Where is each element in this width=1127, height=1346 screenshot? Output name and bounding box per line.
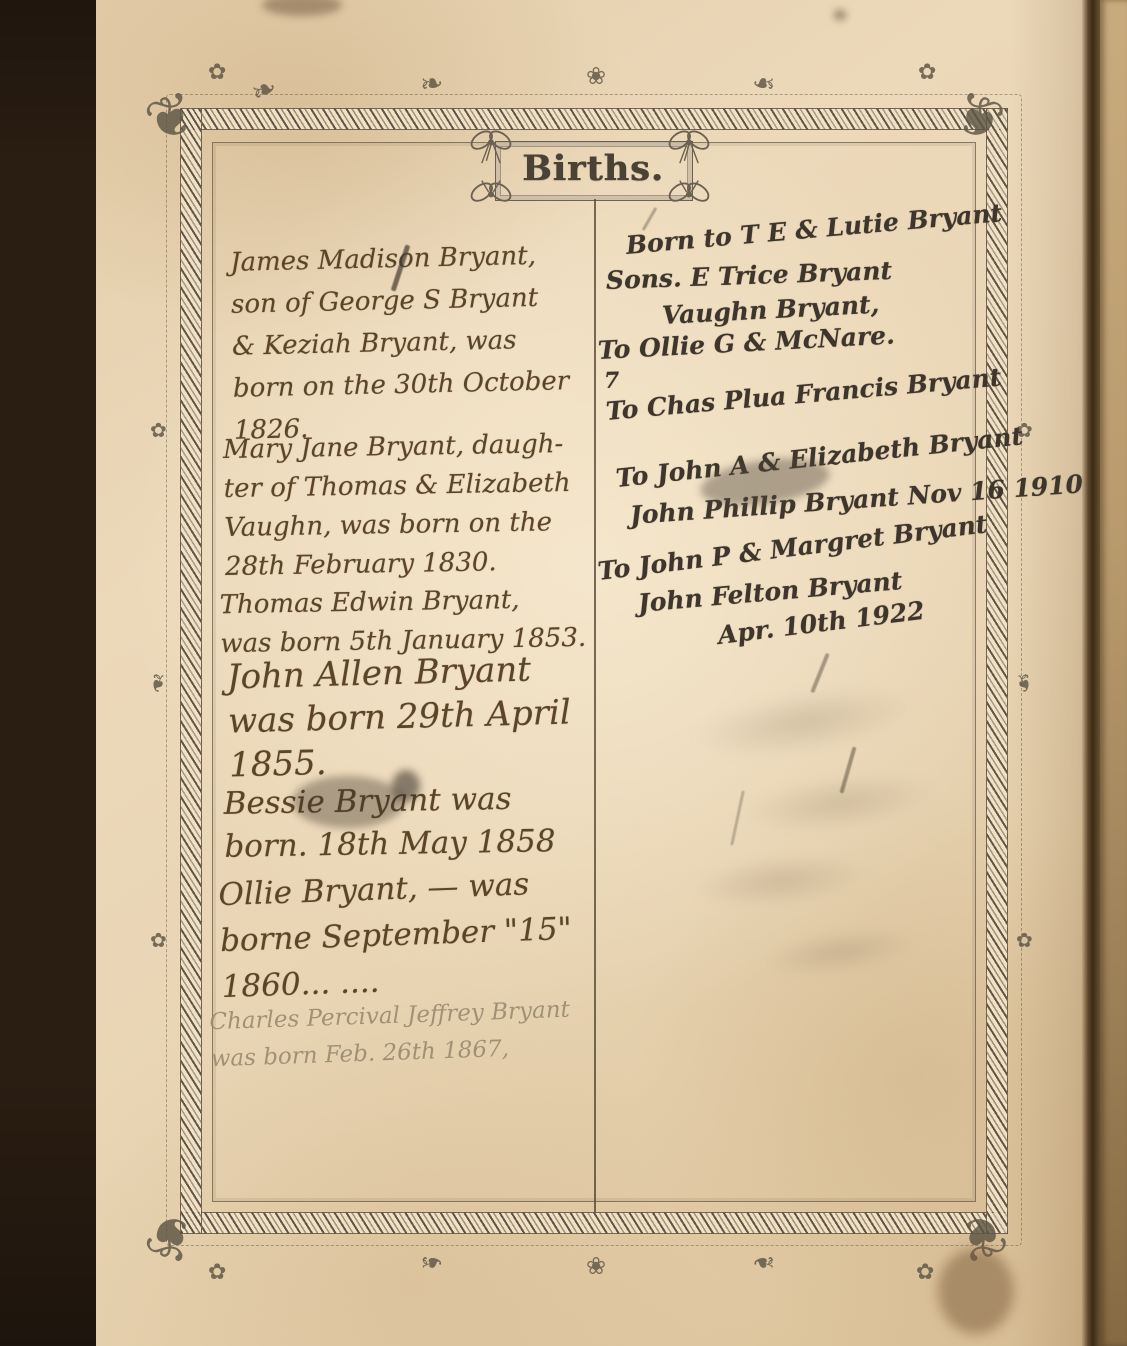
blossom-icon: ❀ — [586, 64, 606, 88]
blossom-icon: ❀ — [586, 1254, 606, 1278]
ribbon-bow-icon — [468, 178, 514, 220]
ribbon-bow-icon — [666, 178, 712, 220]
birth-entry-chas-francis-bryant: To Chas Plua Francis Bryant — [606, 394, 1003, 429]
fox-spot — [834, 10, 846, 20]
floret-icon: ✿ — [150, 930, 167, 950]
page-title: Births. — [495, 148, 691, 189]
border-band-left — [180, 108, 202, 1234]
floret-icon: ✿ — [918, 62, 936, 84]
entry-line: was born 29th April — [227, 691, 571, 744]
border-band-top — [180, 108, 1008, 130]
ribbon-bow-icon — [666, 126, 712, 168]
birth-entry-charles-percival-jeffrey-bryant: Charles Percival Jeffrey Bryant was born… — [209, 992, 572, 1079]
birth-entry-john-a-elizabeth-bryant: To John A & Elizabeth Bryant John Philli… — [604, 460, 1084, 534]
right-page-edge — [1082, 0, 1100, 1346]
floret-icon: ✿ — [150, 420, 167, 440]
leaf-flourish-icon: ❧ — [750, 69, 777, 100]
entry-line: Thomas Edwin Bryant, — [219, 580, 585, 625]
entry-line: Vaughn, was born on the — [224, 503, 572, 548]
leaf-flourish-icon: ❧ — [418, 1247, 445, 1278]
leaf-flourish-icon: ❧ — [1012, 672, 1038, 694]
leaf-flourish-icon: ❧ — [418, 69, 445, 100]
floret-icon: ✿ — [1016, 930, 1033, 950]
entry-line: Mary Jane Bryant, daugh- — [223, 425, 571, 470]
leaf-flourish-icon: ❧ — [144, 672, 170, 694]
entry-line: son of George S Bryant — [231, 276, 568, 326]
birth-entry-ollie-bryant: Ollie Bryant, — was borne September "15"… — [218, 860, 575, 1010]
border-band-bottom — [180, 1212, 1008, 1234]
ink-blot-dark — [392, 770, 420, 802]
floret-icon: ✿ — [208, 1262, 226, 1284]
ink-blot-bessie — [292, 776, 404, 828]
leaf-flourish-icon: ❧ — [750, 1247, 777, 1278]
birth-entry-te-lutie-bryant: Born to T E & Lutie Bryant Sons. E Trice… — [600, 228, 1003, 333]
floret-icon: ✿ — [916, 1262, 934, 1284]
floret-icon: ✿ — [208, 62, 226, 84]
birth-entry-mary-jane-bryant: Mary Jane Bryant, daugh- ter of Thomas &… — [223, 425, 573, 587]
bible-births-register-photo: ❦ ✿ ❧ ❦ ✿ ❧ ❀ ❧ ✿ ❧ ✿ ✿ ❧ ✿ ❦ ✿ ❦ ✿ ❧ ❀ … — [0, 0, 1127, 1346]
column-divider-rule — [594, 199, 596, 1212]
entry-line: ter of Thomas & Elizabeth — [223, 464, 571, 509]
book-cover-edge — [1100, 0, 1127, 1346]
birth-entry-john-allen-bryant: John Allen Bryant was born 29th April 18… — [226, 647, 572, 788]
stain-bottom-right — [938, 1248, 1014, 1334]
ribbon-bow-icon — [468, 126, 514, 168]
birth-entry-john-p-margret-bryant: To John P & Margret Bryant John Felton B… — [588, 556, 990, 652]
entry-line: born on the 30th October — [233, 360, 570, 410]
